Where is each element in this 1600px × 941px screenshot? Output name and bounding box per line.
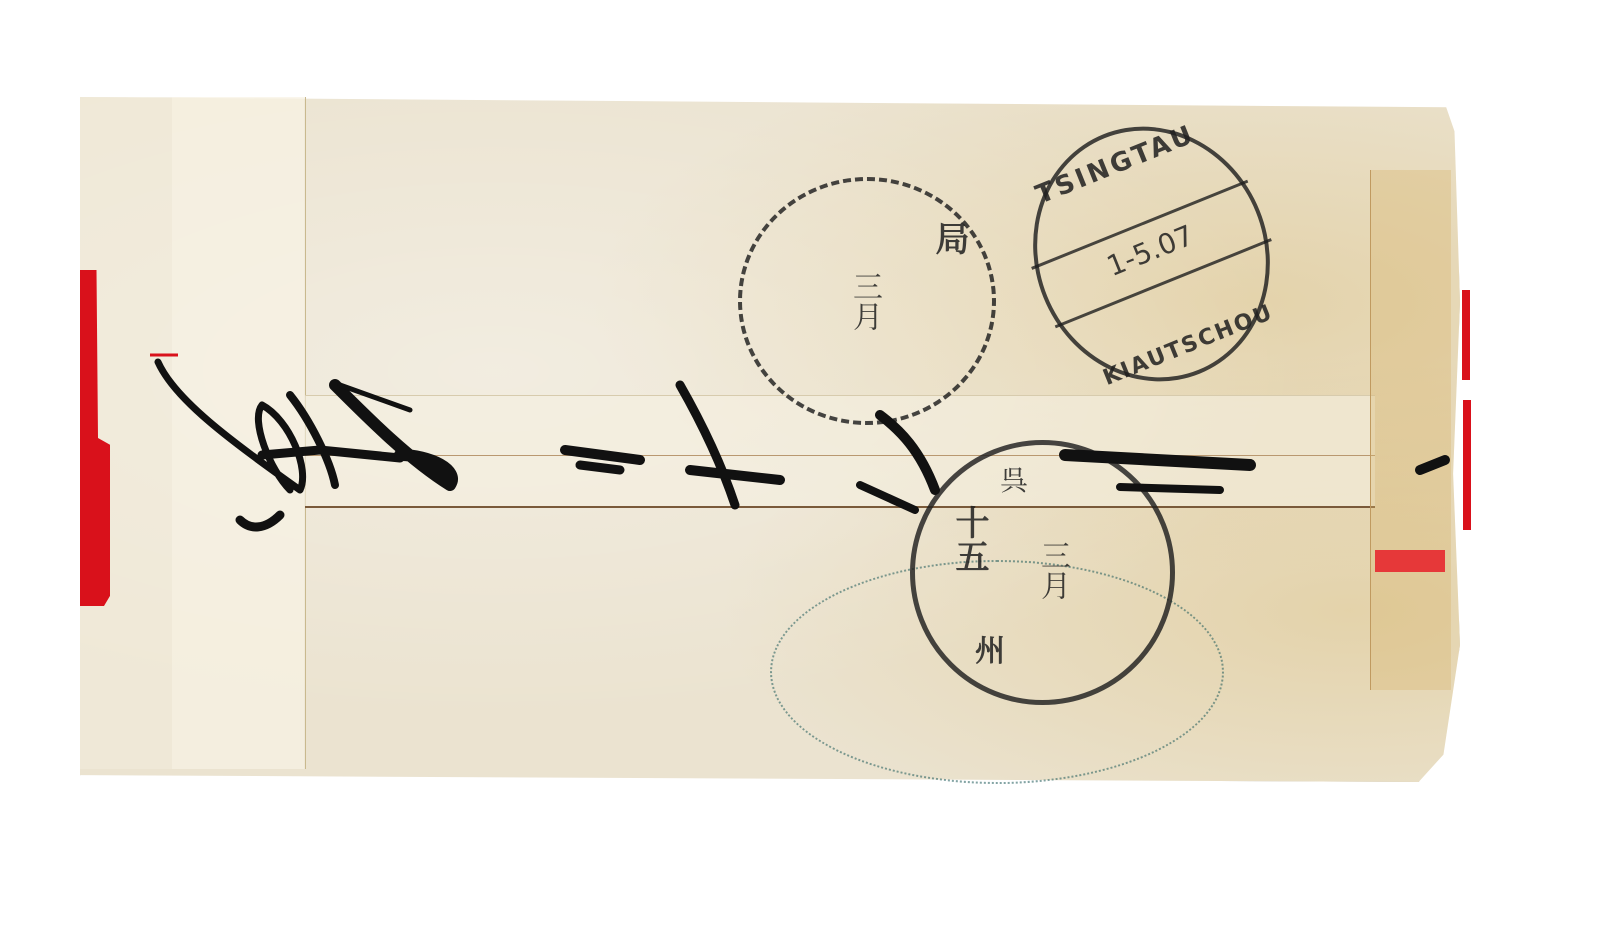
brush-calligraphy bbox=[0, 0, 1600, 941]
